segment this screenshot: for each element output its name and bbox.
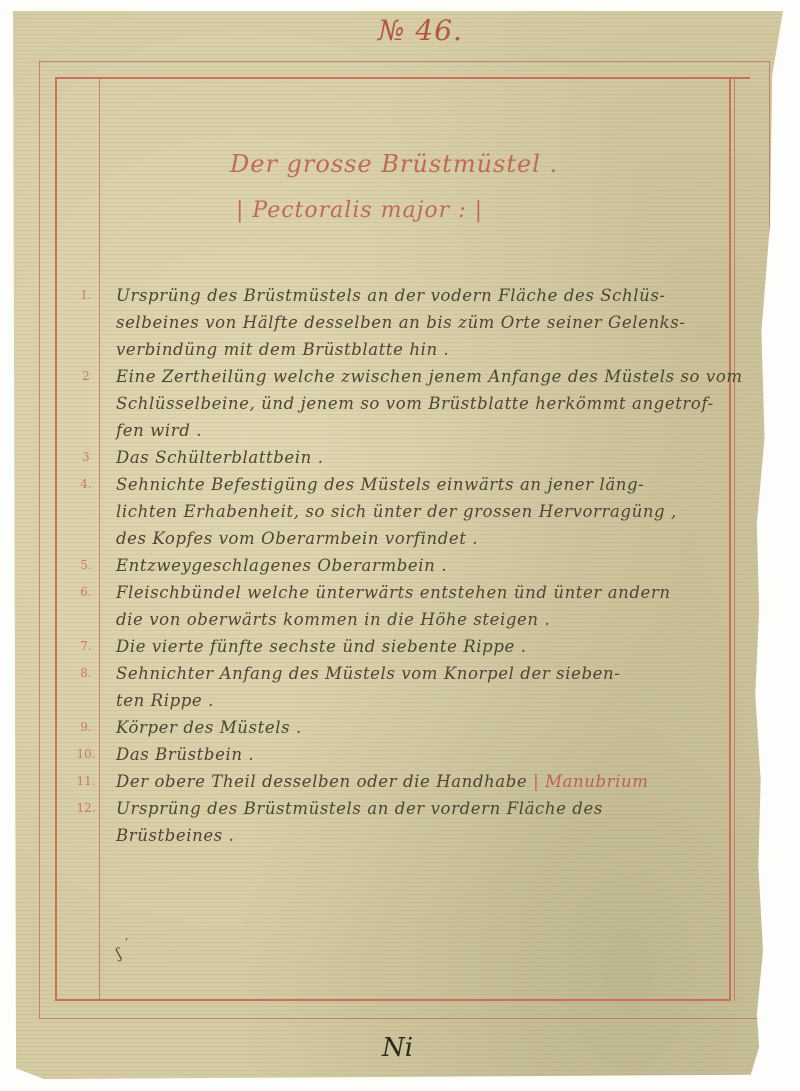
entry-line: Sehnichte Befestigüng des Müstels einwär… xyxy=(116,471,740,498)
entry-line: des Kopfes vom Oberarmbein vorfindet . xyxy=(116,525,740,552)
entry-line: Sehnichter Anfang des Müstels vom Knorpe… xyxy=(116,660,740,687)
entry-line: selbeines von Hälfte desselben an bis zü… xyxy=(116,309,740,336)
list-item: 2 Eine Zertheilüng welche zwischen jenem… xyxy=(60,363,740,444)
entry-number: 4. xyxy=(76,477,96,491)
list-item: 10. Das Brüstbein . xyxy=(60,741,740,768)
page-number: № 46. xyxy=(378,14,463,47)
entry-number: 8. xyxy=(76,666,96,680)
ink-mark: , xyxy=(125,931,128,942)
list-item: 9. Körper des Müstels . xyxy=(60,714,740,741)
footer-signature: Ni xyxy=(382,1033,413,1063)
outer-frame-left xyxy=(39,61,40,1019)
entry-line: lichten Erhabenheit, so sich ünter der g… xyxy=(116,498,740,525)
entry-list: 1. Ursprüng des Brüstmüstels an der vode… xyxy=(60,282,740,849)
entry-line-text: Der obere Theil desselben oder die Handh… xyxy=(116,772,527,791)
entry-line: ten Rippe . xyxy=(116,687,740,714)
list-item: 1. Ursprüng des Brüstmüstels an der vode… xyxy=(60,282,740,363)
entry-line: Der obere Theil desselben oder die Handh… xyxy=(116,768,740,795)
entry-line: Das Brüstbein . xyxy=(116,741,740,768)
entry-line: Ursprüng des Brüstmüstels an der vodern … xyxy=(116,282,740,309)
entry-line: die von oberwärts kommen in die Höhe ste… xyxy=(116,606,740,633)
entry-line: Das Schülterblattbein . xyxy=(116,444,740,471)
inner-frame-bottom xyxy=(55,999,731,1001)
list-item: 8. Sehnichter Anfang des Müstels vom Kno… xyxy=(60,660,740,714)
entry-number: 11. xyxy=(76,774,96,788)
list-item: 6. Fleischbündel welche ünterwärts entst… xyxy=(60,579,740,633)
entry-line: Eine Zertheilüng welche zwischen jenem A… xyxy=(116,363,740,390)
inner-frame-top xyxy=(55,77,750,79)
entry-number: 7. xyxy=(76,639,96,653)
list-item: 12. Ursprüng des Brüstmüstels an der vor… xyxy=(60,795,740,849)
entry-number: 3 xyxy=(76,450,96,464)
entry-line: verbindüng mit dem Brüstblatte hin . xyxy=(116,336,740,363)
entry-number: 5. xyxy=(76,558,96,572)
entry-line: Brüstbeines . xyxy=(116,822,740,849)
inner-frame-left xyxy=(55,77,57,1001)
list-item: 5. Entzweygeschlagenes Oberarmbein . xyxy=(60,552,740,579)
entry-line: Schlüsselbeine, ünd jenem so vom Brüstbl… xyxy=(116,390,740,417)
entry-number: 9. xyxy=(76,720,96,734)
document-title: Der grosse Brüstmüstel . xyxy=(230,150,558,178)
entry-line: Körper des Müstels . xyxy=(116,714,740,741)
list-item: 11. Der obere Theil desselben oder die H… xyxy=(60,768,740,795)
entry-number: 10. xyxy=(76,747,96,761)
list-item: 3 Das Schülterblattbein . xyxy=(60,444,740,471)
document-subtitle: | Pectoralis major : | xyxy=(236,198,483,223)
entry-number: 1. xyxy=(76,288,96,302)
entry-line: fen wird . xyxy=(116,417,740,444)
entry-line: Fleischbündel welche ünterwärts entstehe… xyxy=(116,579,740,606)
list-item: 4. Sehnichte Befestigüng des Müstels ein… xyxy=(60,471,740,552)
outer-frame-top xyxy=(39,61,769,62)
outer-frame-bottom xyxy=(39,1018,770,1019)
entry-line: Die vierte fünfte sechste ünd siebente R… xyxy=(116,633,740,660)
entry-line: Entzweygeschlagenes Oberarmbein . xyxy=(116,552,740,579)
outer-frame-right xyxy=(769,61,770,1019)
latin-term: | Manubrium xyxy=(533,772,648,791)
entry-number: 6. xyxy=(76,585,96,599)
list-item: 7. Die vierte fünfte sechste ünd siebent… xyxy=(60,633,740,660)
entry-number: 2 xyxy=(76,369,96,383)
ink-mark: ʃ xyxy=(114,946,123,962)
entry-line: Ursprüng des Brüstmüstels an der vordern… xyxy=(116,795,740,822)
entry-number: 12. xyxy=(76,801,96,815)
